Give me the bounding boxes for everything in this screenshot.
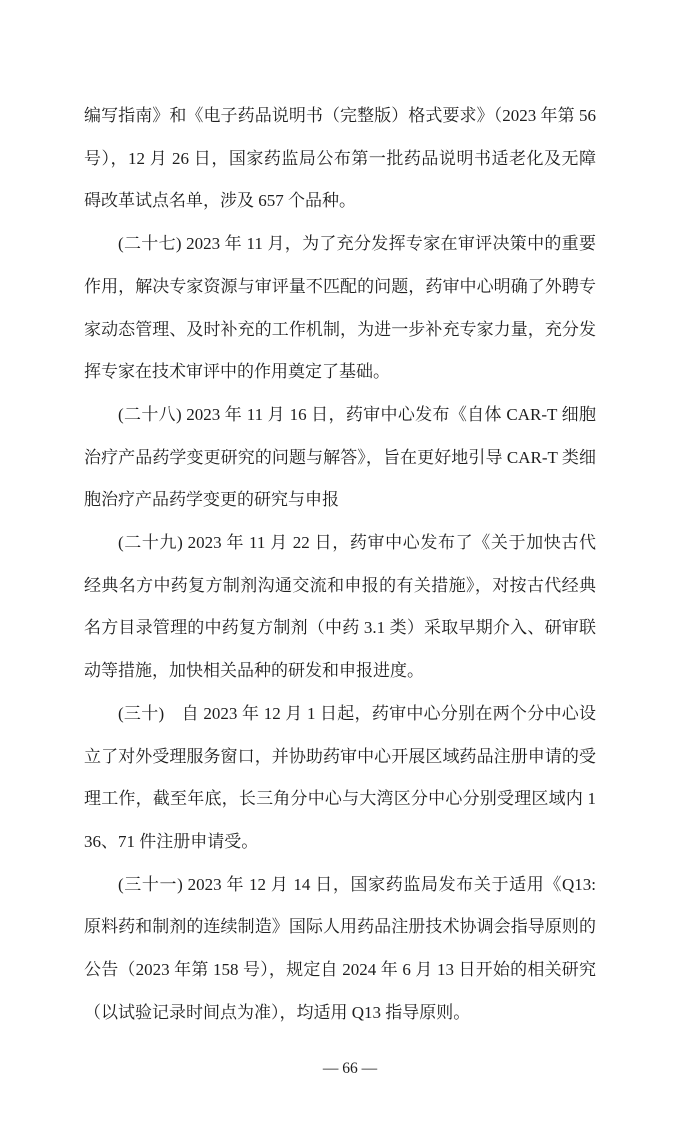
paragraph-item-30: (三十) 自 2023 年 12 月 1 日起，药审中心分别在两个分中心设立了对… bbox=[84, 693, 596, 864]
paragraph-item-28: (二十八) 2023 年 11 月 16 日，药审中心发布《自体 CAR-T 细… bbox=[84, 394, 596, 522]
page-number: — 66 — bbox=[0, 1058, 700, 1080]
paragraph-item-31: (三十一) 2023 年 12 月 14 日，国家药监局发布关于适用《Q13:原… bbox=[84, 864, 596, 1035]
document-page: 编写指南》和《电子药品说明书（完整版）格式要求》（2023 年第 56 号），1… bbox=[0, 0, 700, 1148]
paragraph-item-27: (二十七) 2023 年 11 月，为了充分发挥专家在审评决策中的重要作用，解决… bbox=[84, 223, 596, 394]
paragraph-continuation: 编写指南》和《电子药品说明书（完整版）格式要求》（2023 年第 56 号），1… bbox=[84, 95, 596, 223]
paragraph-item-29: (二十九) 2023 年 11 月 22 日，药审中心发布了《关于加快古代经典名… bbox=[84, 522, 596, 693]
document-body: 编写指南》和《电子药品说明书（完整版）格式要求》（2023 年第 56 号），1… bbox=[84, 95, 596, 1034]
